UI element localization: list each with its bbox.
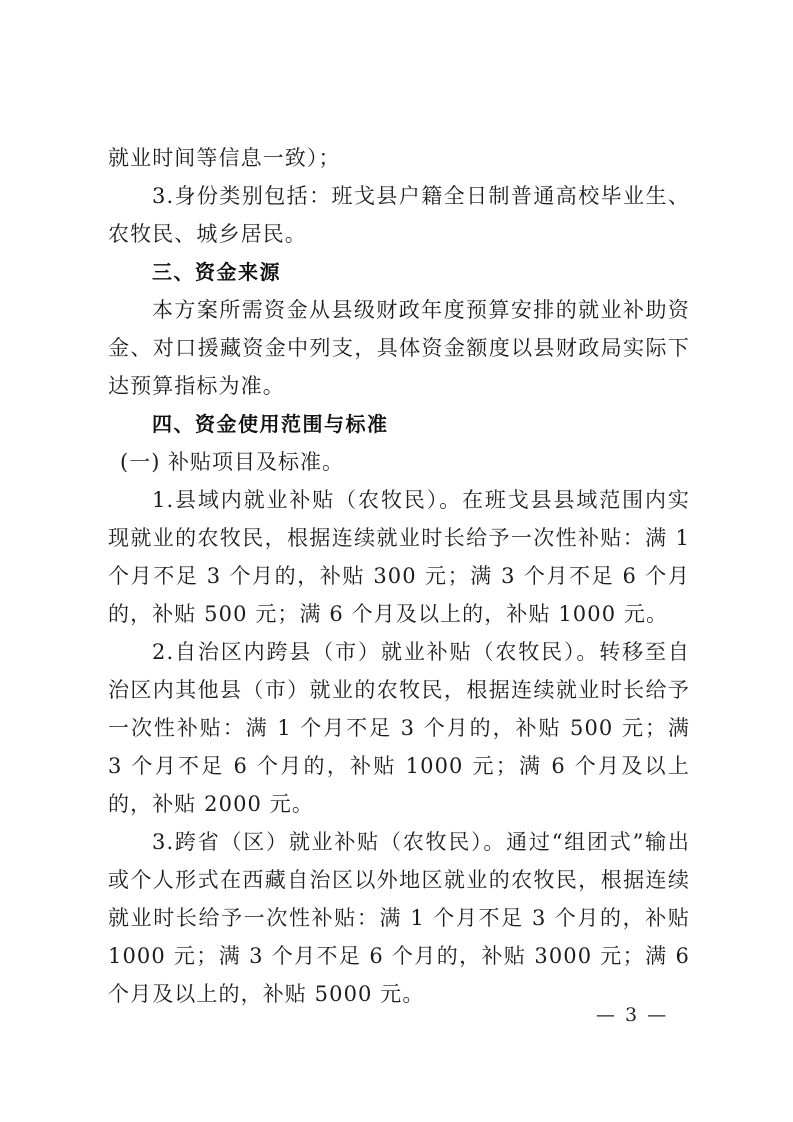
subsidy-item-county: 1.县域内就业补贴（农牧民）。在班戈县县域范围内实现就业的农牧民，根据连续就业时… (108, 481, 690, 633)
subsidy-item-intra-region: 2.自治区内跨县（市）就业补贴（农牧民）。转移至自治区内其他县（市）就业的农牧民… (108, 633, 690, 823)
page-number: — 3 — (596, 1004, 668, 1026)
section-4-heading: 四、资金使用范围与标准 (108, 405, 690, 443)
identity-category-paragraph: 3.身份类别包括：班戈县户籍全日制普通高校毕业生、农牧民、城乡居民。 (108, 177, 690, 253)
subsidy-item-cross-province: 3.跨省（区）就业补贴（农牧民）。通过“组团式”输出或个人形式在西藏自治区以外地… (108, 823, 690, 1013)
continuation-text: 就业时间等信息一致）； (108, 139, 690, 177)
section-3-heading: 三、资金来源 (108, 253, 690, 291)
funding-source-paragraph: 本方案所需资金从县级财政年度预算安排的就业补助资金、对口援藏资金中列支，具体资金… (108, 291, 690, 405)
document-page: 就业时间等信息一致）； 3.身份类别包括：班戈县户籍全日制普通高校毕业生、农牧民… (108, 139, 690, 1013)
subsidy-items-subheading: (一) 补贴项目及标准。 (108, 443, 690, 481)
